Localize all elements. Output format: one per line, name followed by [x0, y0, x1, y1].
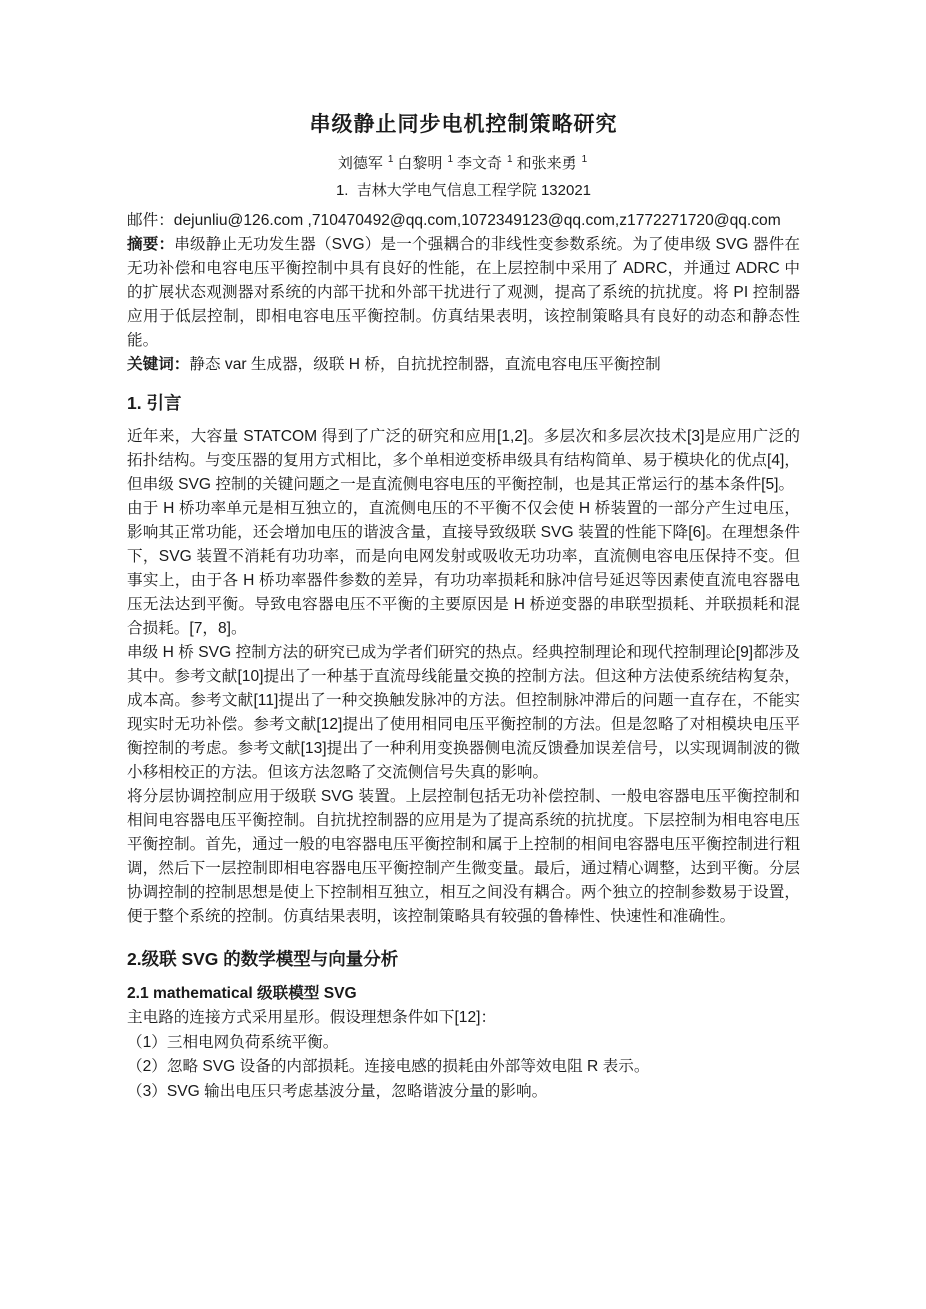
author-superscript: 1 [507, 154, 513, 165]
abstract-paragraph: 摘要：串级静止无功发生器（SVG）是一个强耦合的非线性变参数系统。为了使串级 S… [127, 233, 800, 353]
author-name-text: 白黎明 [397, 155, 442, 172]
subsection-2-1-heading: 2.1 mathematical 级联模型 SVG [127, 982, 800, 1006]
author-name-text: 刘德军 [338, 155, 383, 172]
intro-paragraph-1: 近年来，大容量 STATCOM 得到了广泛的研究和应用[1,2]。多层次和多层次… [127, 425, 800, 497]
author-superscript: 1 [388, 154, 394, 165]
document-page: 串级静止同步电机控制策略研究 刘德军1白黎明1李文奇1和张来勇1 1. 吉林大学… [0, 0, 926, 1309]
author-name-text: 李文奇 [457, 155, 502, 172]
author-superscript: 1 [582, 154, 588, 165]
authors-line: 刘德军1白黎明1李文奇1和张来勇1 [127, 153, 800, 174]
assumption-item-2: （2）忽略 SVG 设备的内部损耗。连接电感的损耗由外部等效电阻 R 表示。 [127, 1055, 800, 1080]
author-name: 白黎明1 [397, 155, 455, 172]
section-1-heading: 1. 引言 [127, 391, 800, 415]
keywords-line: 关键词：静态 var 生成器，级联 H 桥，自抗扰控制器，直流电容电压平衡控制 [127, 353, 800, 377]
abstract-label: 摘要： [127, 236, 174, 253]
intro-paragraph-4: 将分层协调控制应用于级联 SVG 装置。上层控制包括无功补偿控制、一般电容器电压… [127, 785, 800, 929]
keywords-text: 静态 var 生成器，级联 H 桥，自抗扰控制器，直流电容电压平衡控制 [189, 356, 660, 373]
affiliation-line: 1. 吉林大学电气信息工程学院 132021 [127, 180, 800, 201]
intro-paragraph-3: 串级 H 桥 SVG 控制方法的研究已成为学者们研究的热点。经典控制理论和现代控… [127, 641, 800, 785]
email-label: 邮件： [127, 212, 174, 229]
email-line: 邮件：dejunliu@126.com ,710470492@qq.com,10… [127, 209, 800, 233]
intro-paragraph-2: 由于 H 桥功率单元是相互独立的，直流侧电压的不平衡不仅会使 H 桥装置的一部分… [127, 497, 800, 641]
assumption-item-1: （1）三相电网负荷系统平衡。 [127, 1031, 800, 1056]
section-2-heading: 2.级联 SVG 的数学模型与向量分析 [127, 947, 800, 971]
assumptions-intro: 主电路的连接方式采用星形。假设理想条件如下[12]： [127, 1006, 800, 1031]
author-name: 和张来勇1 [517, 155, 590, 172]
abstract-text: 串级静止无功发生器（SVG）是一个强耦合的非线性变参数系统。为了使串级 SVG … [127, 236, 800, 349]
paper-title: 串级静止同步电机控制策略研究 [127, 110, 800, 140]
author-superscript: 1 [447, 154, 453, 165]
assumption-item-3: （3）SVG 输出电压只考虑基波分量，忽略谐波分量的影响。 [127, 1080, 800, 1105]
author-name-text: 和张来勇 [517, 155, 577, 172]
keywords-label: 关键词： [127, 356, 189, 373]
author-name: 李文奇1 [457, 155, 515, 172]
author-name: 刘德军1 [338, 155, 396, 172]
email-value: dejunliu@126.com ,710470492@qq.com,10723… [174, 212, 781, 229]
meta-block: 邮件：dejunliu@126.com ,710470492@qq.com,10… [127, 209, 800, 377]
